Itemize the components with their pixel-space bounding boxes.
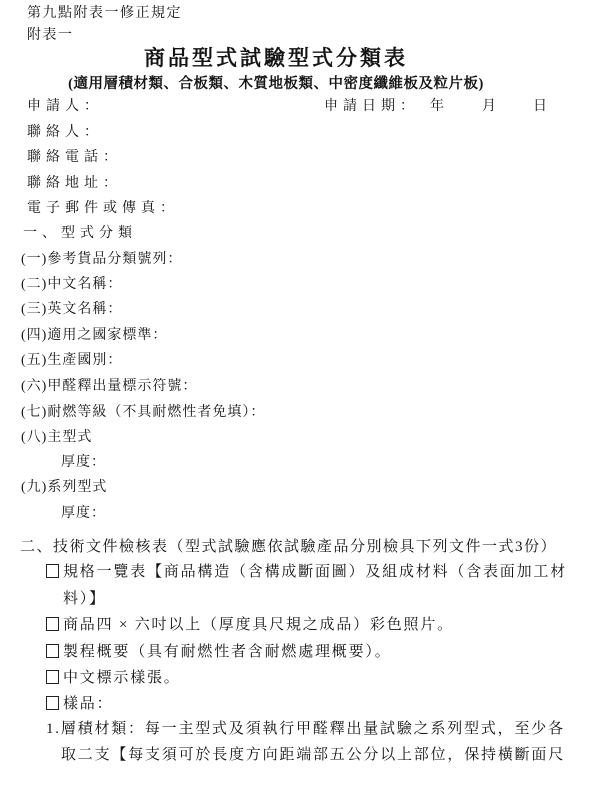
applicant-label: 申請人：	[27, 98, 103, 115]
checklist-item-spec-table-continuation: 料）】	[63, 591, 106, 608]
page-title: 商品型式試驗型式分類表	[0, 42, 552, 72]
checkbox-icon	[46, 644, 59, 658]
checklist-item-samples: 樣品：	[46, 696, 113, 713]
checklist-item-process-summary: 製程概要（具有耐燃性者含耐燃處理概要）。	[46, 644, 392, 661]
classification-item-3: (三)英文名稱：	[21, 301, 122, 318]
page-subtitle: (適用層積材類、合板類、木質地板類、中密度纖維板及粒片板)	[0, 72, 552, 93]
checklist-item-photo: 商品四 × 六吋以上（厚度具尺規之成品）彩色照片。	[46, 617, 454, 634]
checklist-item-label: 商品四 × 六吋以上（厚度具尺規之成品）彩色照片。	[63, 617, 454, 633]
classification-item-1: (一)參考貨品分類號列：	[21, 251, 182, 268]
section1-heading: 一、型式分類	[23, 225, 137, 242]
classification-item-7: (七)耐燃等級（不具耐燃性者免填）：	[21, 404, 265, 421]
contact-person-label: 聯絡人：	[27, 124, 103, 141]
checklist-item-label: 樣品：	[63, 696, 113, 712]
checkbox-icon	[46, 617, 59, 631]
checklist-item-spec-table: 規格一覽表【商品構造（含構成斷面圖）及組成材料（含表面加工材	[46, 564, 567, 581]
checklist-item-label: 規格一覽表【商品構造（含構成斷面圖）及組成材料（含表面加工材	[63, 564, 567, 580]
document-page: 第九點附表一修正規定 附表一 商品型式試驗型式分類表 (適用層積材類、合板類、木…	[0, 0, 600, 785]
contact-phone-label: 聯絡電話：	[27, 149, 122, 166]
date-year-label: 年	[430, 98, 449, 115]
checklist-item-chinese-label-sample: 中文標示樣張。	[46, 670, 181, 687]
date-day-label: 日	[533, 98, 552, 115]
date-month-label: 月	[482, 98, 501, 115]
classification-item-2: (二)中文名稱：	[21, 276, 122, 293]
series-type-thickness-label: 厚度：	[61, 505, 106, 522]
classification-item-6: (六)甲醛釋出量標示符號：	[21, 378, 197, 395]
checkbox-icon	[46, 696, 59, 710]
apply-date-label: 申請日期：	[324, 98, 419, 115]
checkbox-icon	[46, 670, 59, 684]
classification-item-9-series-type: (九)系列型式	[21, 479, 107, 496]
checkbox-icon	[46, 564, 59, 578]
sample-note-line-1: 1.層積材類：每一主型式及須執行甲醛釋出量試驗之系列型式，至少各	[46, 721, 565, 738]
rule-line: 第九點附表一修正規定	[27, 5, 182, 22]
checklist-item-label: 製程概要（具有耐燃性者含耐燃處理概要）。	[63, 644, 392, 660]
classification-item-5: (五)生產國別：	[21, 352, 122, 369]
classification-item-4: (四)適用之國家標準：	[21, 327, 167, 344]
classification-item-8-main-type: (八)主型式	[21, 429, 92, 446]
email-fax-label: 電子郵件或傳真：	[27, 200, 179, 217]
main-type-thickness-label: 厚度：	[61, 454, 106, 471]
contact-address-label: 聯絡地址：	[27, 175, 122, 192]
section2-heading: 二、技術文件檢核表（型式試驗應依試驗產品分別檢具下列文件一式3份）	[20, 539, 557, 556]
sample-note-line-2: 取二支【每支須可於長度方向距端部五公分以上部位，保持橫斷面尺	[61, 747, 565, 764]
checklist-item-label: 中文標示樣張。	[63, 670, 181, 686]
